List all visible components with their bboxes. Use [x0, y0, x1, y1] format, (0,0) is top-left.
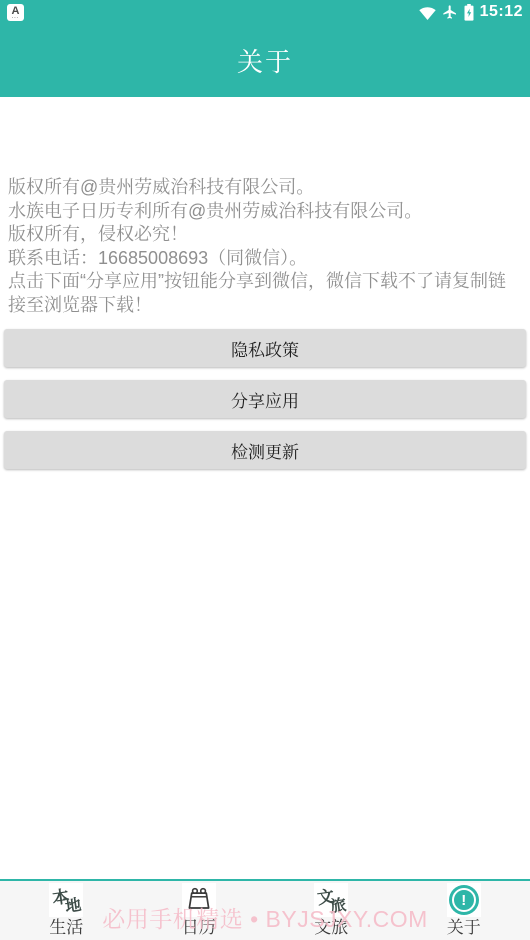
- tab-culture-travel[interactable]: 文 旅 文旅: [265, 881, 398, 940]
- culture-travel-calligraphy-icon: 文 旅: [314, 883, 348, 917]
- status-bar-clock: 15:12: [480, 3, 523, 21]
- privacy-policy-button[interactable]: 隐私政策: [4, 329, 526, 367]
- about-exclamation-icon: !: [447, 883, 481, 917]
- about-exclamation-icon-glyph: !: [452, 888, 476, 912]
- share-app-button[interactable]: 分享应用: [4, 380, 526, 418]
- status-bar: A ... 15:12: [0, 0, 530, 24]
- status-bar-right: 15:12: [419, 3, 523, 21]
- tab-calendar[interactable]: 日历: [133, 881, 266, 940]
- notification-app-badge: A ...: [7, 4, 24, 21]
- notification-badge-dots: ...: [12, 16, 19, 19]
- app-header: 关于: [0, 24, 530, 97]
- tab-life[interactable]: 本 地 生活: [0, 881, 133, 940]
- tab-culture-travel-label: 文旅: [314, 918, 348, 938]
- check-update-button[interactable]: 检测更新: [4, 431, 526, 469]
- calendar-icon: [182, 883, 216, 917]
- bottom-nav: 本 地 生活 日历 文 旅 文旅: [0, 881, 530, 940]
- about-text-block: 版权所有@贵州劳威治科技有限公司。 水族电子日历专利所有@贵州劳威治科技有限公司…: [0, 176, 530, 317]
- wifi-icon: [419, 5, 436, 20]
- about-content: 版权所有@贵州劳威治科技有限公司。 水族电子日历专利所有@贵州劳威治科技有限公司…: [0, 97, 530, 879]
- local-life-calligraphy-icon: 本 地: [49, 883, 83, 917]
- tab-about[interactable]: ! 关于: [398, 881, 530, 940]
- app-screen: A ... 15:12 关于 版权所有@贵州劳威治科技有限公司。 水族电: [0, 0, 530, 940]
- about-exclamation-icon-circle: !: [449, 885, 479, 915]
- tab-life-label: 生活: [49, 918, 83, 938]
- status-bar-left: A ...: [7, 4, 24, 21]
- page-title: 关于: [237, 42, 293, 79]
- battery-charging-icon: [464, 4, 474, 21]
- rights-line: 版权所有，侵权必究！: [8, 223, 522, 247]
- contact-phone-line: 联系电话：16685008693（同微信）。: [8, 247, 522, 271]
- patent-line: 水族电子日历专利所有@贵州劳威治科技有限公司。: [8, 200, 522, 224]
- tab-calendar-label: 日历: [182, 918, 216, 938]
- share-hint-line: 点击下面“分享应用”按钮能分享到微信，微信下载不了请复制链接至浏览器下载！: [8, 270, 522, 317]
- copyright-line: 版权所有@贵州劳威治科技有限公司。: [8, 176, 522, 200]
- about-buttons: 隐私政策 分享应用 检测更新: [0, 329, 530, 469]
- airplane-mode-icon: [442, 4, 458, 20]
- tab-about-label: 关于: [447, 918, 481, 938]
